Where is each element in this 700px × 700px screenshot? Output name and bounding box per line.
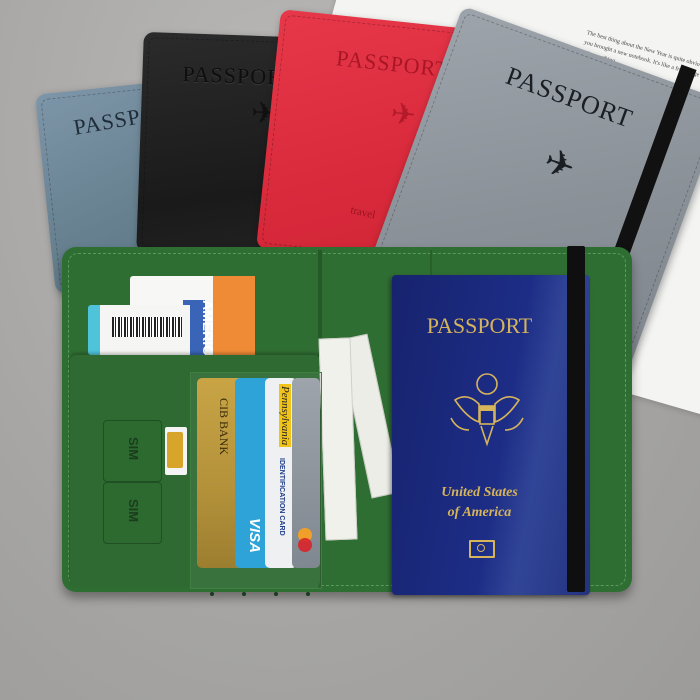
sim-slot: SIM bbox=[103, 420, 162, 482]
passport-country-line2: of America bbox=[392, 505, 567, 521]
boarding-pass-brand-panel bbox=[213, 276, 255, 356]
airplane-icon: ✈ bbox=[389, 96, 418, 133]
card-name: VISA bbox=[246, 518, 263, 553]
barcode bbox=[112, 317, 182, 337]
passport-title: PASSPORT bbox=[392, 313, 567, 339]
us-passport: PASSPORT United States of America bbox=[392, 275, 590, 595]
sim-label: SIM bbox=[126, 499, 141, 522]
card-name: CIB BANK bbox=[216, 398, 231, 455]
biometric-chip-icon bbox=[469, 540, 495, 558]
sim-slot: SIM bbox=[103, 482, 162, 544]
eagle-seal-icon bbox=[447, 370, 527, 450]
card-name: Pennsylvania bbox=[279, 384, 291, 447]
elastic-band bbox=[567, 246, 585, 592]
sim-label: SIM bbox=[126, 437, 141, 460]
passport-country-line1: United States bbox=[392, 485, 567, 501]
card-slot-perforation bbox=[210, 592, 310, 596]
mastercard-card bbox=[292, 378, 320, 568]
card-subtitle: IDENTIFICATION CARD bbox=[278, 458, 285, 536]
sim-chip bbox=[167, 432, 183, 468]
